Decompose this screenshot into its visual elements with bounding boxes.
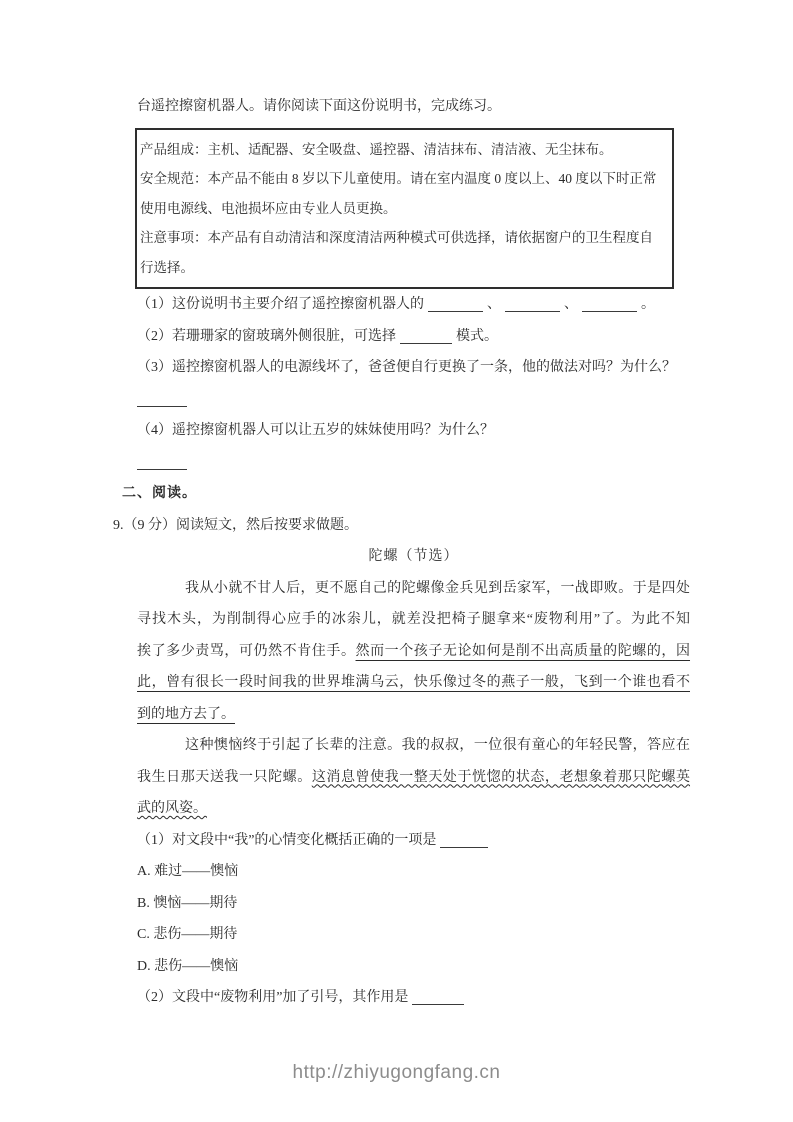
passage-wavy-text: 这消息曾使我一整天处于恍惚的状态，老想象着那只陀螺英 bbox=[312, 770, 690, 785]
question-2-suffix: 模式。 bbox=[456, 329, 498, 344]
option-c: C. 悲伤——期待 bbox=[137, 919, 690, 951]
passage-underlined-text: 此，曾有很长一段时间我的世界堆满乌云，快乐像过冬的燕子一般，飞到一个谁也看不 bbox=[137, 675, 690, 690]
option-d: D. 悲伤——懊恼 bbox=[137, 951, 690, 983]
passage-line: 我生日那天送我一只陀螺。这消息曾使我一整天处于恍惚的状态，老想象着那只陀螺英 bbox=[137, 762, 690, 794]
manual-line-composition: 产品组成：主机、适配器、安全吸盘、遥控器、清洁抹布、清洁液、无尘抹布。 bbox=[140, 135, 666, 164]
exam-page: 台遥控擦窗机器人。请你阅读下面这份说明书，完成练习。 产品组成：主机、适配器、安… bbox=[0, 0, 793, 1122]
option-b: B. 懊恼——期待 bbox=[137, 888, 690, 920]
passage-title: 陀螺（节选） bbox=[137, 541, 690, 573]
question-9-stem: 9.（9 分）阅读短文，然后按要求做题。 bbox=[113, 510, 690, 542]
answer-blank bbox=[440, 834, 488, 848]
answer-blank bbox=[400, 330, 452, 344]
passage-text: 我生日那天送我一只陀螺。 bbox=[137, 770, 312, 785]
manual-line-safety-1: 安全规范：本产品不能由 8 岁以下儿童使用。请在室内温度 0 度以上、40 度以… bbox=[140, 164, 666, 193]
answer-line bbox=[137, 456, 187, 470]
option-a: A. 难过——懊恼 bbox=[137, 856, 690, 888]
manual-line-notes-1: 注意事项：本产品有自动清洁和深度清洁两种模式可供选择，请依据窗户的卫生程度自 bbox=[140, 223, 666, 252]
product-manual-box: 产品组成：主机、适配器、安全吸盘、遥控器、清洁抹布、清洁液、无尘抹布。 安全规范… bbox=[135, 128, 674, 289]
passage-line: 挨了多少责骂，可仍然不肯住手。然而一个孩子无论如何是削不出高质量的陀螺的，因 bbox=[137, 636, 690, 668]
question-3: （3）遥控擦窗机器人的电源线坏了，爸爸便自行更换了一条，他的做法对吗？为什么？ bbox=[137, 352, 690, 384]
manual-line-notes-2: 行选择。 bbox=[140, 253, 666, 282]
passage-text: 寻找木头，为削制得心应手的冰尜儿，就差没把椅子腿拿来“废物利用”了。为此不知 bbox=[137, 612, 690, 627]
reading-question-1-text: （1）对文段中“我”的心情变化概括正确的一项是 bbox=[137, 833, 436, 848]
question-1: （1）这份说明书主要介绍了遥控擦窗机器人的、、。 bbox=[137, 289, 690, 321]
passage-wavy-text: 武的风姿。 bbox=[137, 801, 207, 816]
passage-text: 我从小就不甘人后，更不愿自己的陀螺像金兵见到岳家军，一战即败。于是四处 bbox=[185, 581, 690, 596]
answer-blank bbox=[412, 991, 464, 1005]
answer-blank bbox=[505, 298, 560, 312]
section-2-header: 二、阅读。 bbox=[122, 478, 690, 510]
reading-question-2: （2）文段中“废物利用”加了引号，其作用是 bbox=[137, 982, 690, 1014]
answer-line bbox=[137, 393, 187, 407]
passage-text: 挨了多少责骂，可仍然不肯住手。 bbox=[137, 644, 356, 659]
period: 。 bbox=[641, 297, 655, 312]
intro-line: 台遥控擦窗机器人。请你阅读下面这份说明书，完成练习。 bbox=[137, 96, 690, 118]
footer-url: http://zhiyugongfang.cn bbox=[0, 1062, 793, 1084]
question-1-text: （1）这份说明书主要介绍了遥控擦窗机器人的 bbox=[137, 297, 424, 312]
passage-line: 我从小就不甘人后，更不愿自己的陀螺像金兵见到岳家军，一战即败。于是四处 bbox=[137, 573, 690, 605]
question-2: （2）若珊珊家的窗玻璃外侧很脏，可选择模式。 bbox=[137, 321, 690, 353]
passage-underlined-text: 然而一个孩子无论如何是削不出高质量的陀螺的，因 bbox=[356, 644, 691, 659]
question-2-text: （2）若珊珊家的窗玻璃外侧很脏，可选择 bbox=[137, 329, 396, 344]
answer-blank bbox=[428, 298, 483, 312]
reading-question-1: （1）对文段中“我”的心情变化概括正确的一项是 bbox=[137, 825, 690, 857]
question-4-answer-row bbox=[137, 447, 690, 479]
manual-line-safety-2: 使用电源线、电池损坏应由专业人员更换。 bbox=[140, 194, 666, 223]
separator: 、 bbox=[564, 297, 578, 312]
passage-line: 此，曾有很长一段时间我的世界堆满乌云，快乐像过冬的燕子一般，飞到一个谁也看不 bbox=[137, 667, 690, 699]
passage-line: 到的地方去了。 bbox=[137, 699, 690, 731]
question-3-answer-row bbox=[137, 384, 690, 416]
answer-blank bbox=[582, 298, 637, 312]
separator: 、 bbox=[487, 297, 501, 312]
question-4: （4）遥控擦窗机器人可以让五岁的妹妹使用吗？为什么？ bbox=[137, 415, 690, 447]
reading-question-2-text: （2）文段中“废物利用”加了引号，其作用是 bbox=[137, 990, 408, 1005]
passage-line: 这种懊恼终于引起了长辈的注意。我的叔叔，一位很有童心的年轻民警，答应在 bbox=[137, 730, 690, 762]
passage-underlined-text: 到的地方去了。 bbox=[137, 707, 235, 722]
passage-line: 寻找木头，为削制得心应手的冰尜儿，就差没把椅子腿拿来“废物利用”了。为此不知 bbox=[137, 604, 690, 636]
passage-line: 武的风姿。 bbox=[137, 793, 690, 825]
passage-text: 这种懊恼终于引起了长辈的注意。我的叔叔，一位很有童心的年轻民警，答应在 bbox=[185, 738, 690, 753]
